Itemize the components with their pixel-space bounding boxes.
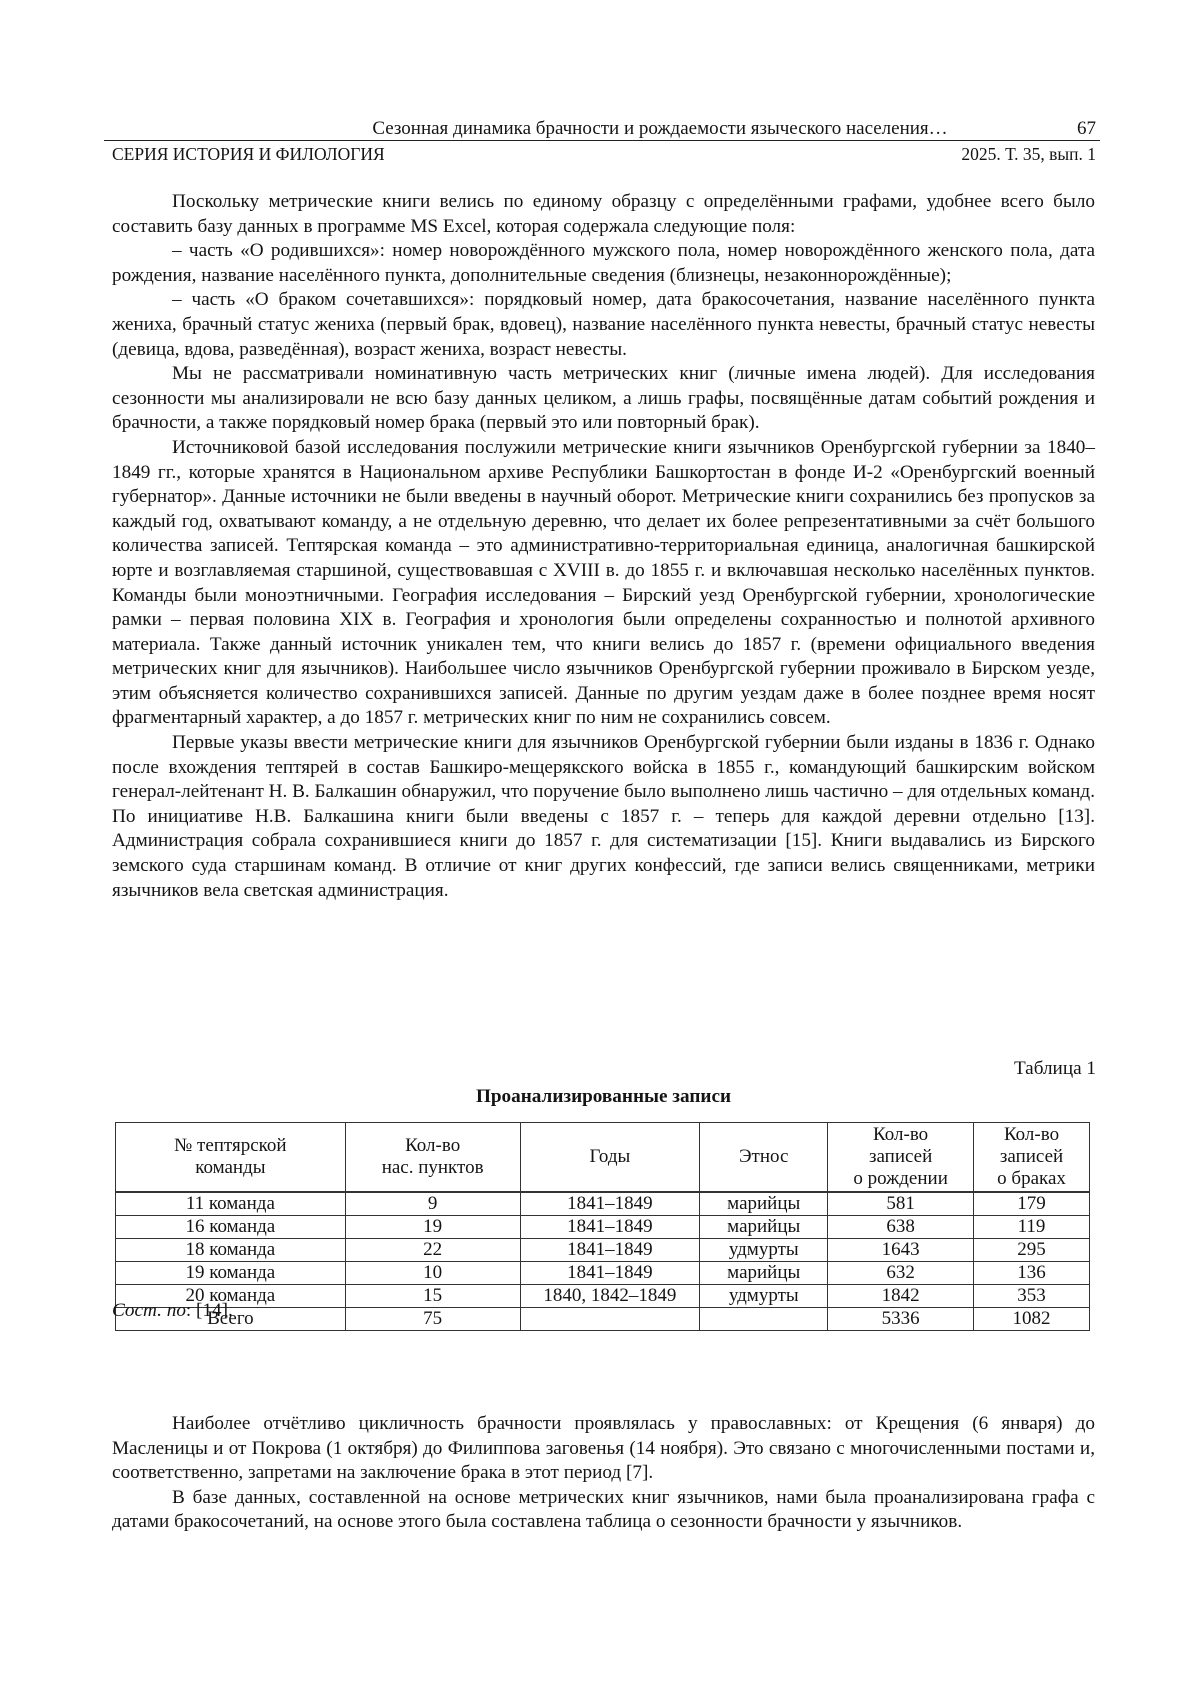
paragraph: Наиболее отчётливо цикличность брачности… [112,1412,1095,1486]
records-table: № тептярскойкоманды Кол-вонас. пунктов Г… [115,1122,1090,1331]
table-cell: 11 команда [116,1192,346,1216]
table-label: Таблица 1 [1014,1057,1096,1081]
column-header: Кол-вонас. пунктов [345,1123,520,1193]
table-cell: 1840, 1842–1849 [520,1285,700,1308]
table-row: 20 команда151840, 1842–1849удмурты184235… [116,1285,1090,1308]
table-cell: 179 [974,1192,1090,1216]
table-row: 19 команда101841–1849марийцы632136 [116,1262,1090,1285]
table-cell: 295 [974,1239,1090,1262]
table-cell [520,1308,700,1331]
journal-issue: 2025. Т. 35, вып. 1 [961,143,1096,165]
journal-page: Сезонная динамика брачности и рождаемост… [0,0,1200,1698]
paragraph: В базе данных, составленной на основе ме… [112,1486,1095,1535]
table-cell: 22 [345,1239,520,1262]
table-cell: 16 команда [116,1216,346,1239]
paragraph: – часть «О браком сочетавшихся»: порядко… [112,288,1095,362]
table-cell: марийцы [700,1216,828,1239]
column-header: № тептярскойкоманды [116,1123,346,1193]
page-number: 67 [1077,118,1096,140]
table-cell: 1643 [828,1239,974,1262]
table-cell: 19 [345,1216,520,1239]
table-cell: 1841–1849 [520,1262,700,1285]
table-cell: 15 [345,1285,520,1308]
table-cell: 75 [345,1308,520,1331]
header-rule [104,140,1100,141]
body-text-after-table: Наиболее отчётливо цикличность брачности… [112,1412,1095,1535]
table-cell: 1841–1849 [520,1216,700,1239]
column-header: Этнос [700,1123,828,1193]
table-cell: 353 [974,1285,1090,1308]
paragraph: Первые указы ввести метрические книги дл… [112,731,1095,903]
table-row: 11 команда91841–1849марийцы581179 [116,1192,1090,1216]
paragraph: Поскольку метрические книги велись по ед… [112,190,1095,239]
paragraph: Источниковой базой исследования послужил… [112,436,1095,731]
table-cell: удмурты [700,1285,828,1308]
paragraph: Мы не рассматривали номинативную часть м… [112,362,1095,436]
series-line: СЕРИЯ ИСТОРИЯ И ФИЛОЛОГИЯ 2025. Т. 35, в… [112,143,1096,165]
table-cell: марийцы [700,1192,828,1216]
table-title: Проанализированные записи [112,1085,1095,1109]
table-row: 18 команда221841–1849удмурты1643295 [116,1239,1090,1262]
column-header: Кол-возаписейо рождении [828,1123,974,1193]
table-cell: 581 [828,1192,974,1216]
running-title: Сезонная динамика брачности и рождаемост… [104,118,1096,140]
table-row: Всего7553361082 [116,1308,1090,1331]
table-cell: 638 [828,1216,974,1239]
table-source-note: Сост. по: [14]. [112,1299,233,1323]
table-cell: 1842 [828,1285,974,1308]
paragraph: – часть «О родившихся»: номер новорождён… [112,239,1095,288]
table-body: 11 команда91841–1849марийцы58117916 кома… [116,1192,1090,1331]
table-cell: 5336 [828,1308,974,1331]
column-header: Кол-возаписейо браках [974,1123,1090,1193]
table-cell: 9 [345,1192,520,1216]
column-header: Годы [520,1123,700,1193]
body-text-before-table: Поскольку метрические книги велись по ед… [112,190,1095,903]
table-cell: удмурты [700,1239,828,1262]
table-cell: марийцы [700,1262,828,1285]
table-cell: 632 [828,1262,974,1285]
source-reference: : [14]. [186,1300,233,1321]
table-header-row: № тептярскойкоманды Кол-вонас. пунктов Г… [116,1123,1090,1193]
table-cell: 1841–1849 [520,1192,700,1216]
table-cell [700,1308,828,1331]
table-cell: 18 команда [116,1239,346,1262]
table-cell: 1841–1849 [520,1239,700,1262]
table-cell: 10 [345,1262,520,1285]
table-row: 16 команда191841–1849марийцы638119 [116,1216,1090,1239]
table-cell: 1082 [974,1308,1090,1331]
table-cell: 119 [974,1216,1090,1239]
table-cell: 19 команда [116,1262,346,1285]
journal-series: СЕРИЯ ИСТОРИЯ И ФИЛОЛОГИЯ [112,143,385,165]
source-label: Сост. по [112,1300,186,1321]
running-head: Сезонная динамика брачности и рождаемост… [104,118,1096,140]
table-cell: 136 [974,1262,1090,1285]
